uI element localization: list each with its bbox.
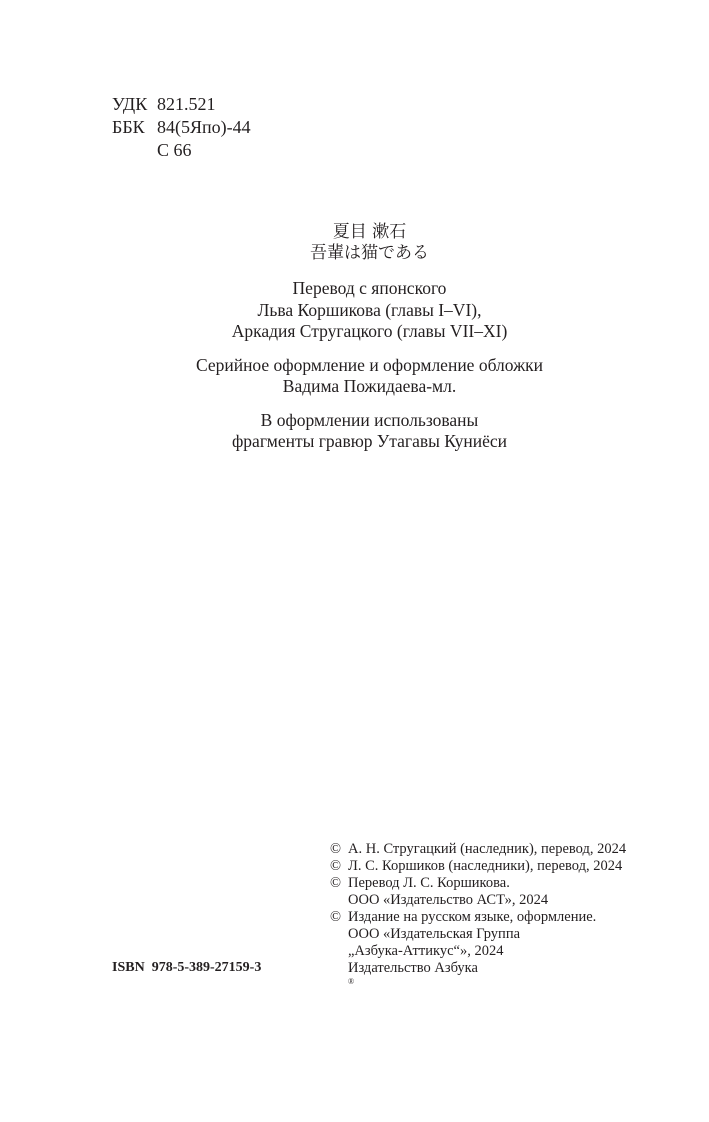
publisher-name: Издательство Азбука bbox=[348, 960, 596, 977]
copyright-line: А. Н. Стругацкий (наследник), перевод, 2… bbox=[348, 841, 626, 858]
copyright-line: ООО «Издательская Группа bbox=[348, 926, 596, 943]
original-title-block: 夏目 漱石 吾輩は猫である bbox=[0, 222, 709, 264]
isbn: ISBN 978-5-389-27159-3 bbox=[112, 959, 261, 976]
author-mark-row: С 66 bbox=[112, 139, 251, 162]
bbk-value: 84(5Япо)-44 bbox=[157, 116, 251, 139]
copyright-icon: © bbox=[330, 909, 348, 994]
credits-block: Перевод с японского Льва Коршикова (глав… bbox=[0, 278, 709, 465]
copyright-line: Перевод Л. С. Коршикова. bbox=[348, 875, 548, 892]
bbk-row: ББК 84(5Япо)-44 bbox=[112, 116, 251, 139]
catalog-codes: УДК 821.521 ББК 84(5Япо)-44 С 66 bbox=[112, 93, 251, 162]
design-line: Серийное оформление и оформление обложки bbox=[0, 355, 709, 377]
copyright-icon: © bbox=[330, 841, 348, 858]
original-title: 吾輩は猫である bbox=[0, 243, 709, 264]
illustrations-line: фрагменты гравюр Утагавы Куниёси bbox=[0, 431, 709, 453]
design-credit: Серийное оформление и оформление обложки… bbox=[0, 355, 709, 398]
copyright-icon: © bbox=[330, 858, 348, 875]
translation-line: Перевод с японского bbox=[0, 278, 709, 300]
copyright-entry: © Л. С. Коршиков (наследники), перевод, … bbox=[330, 858, 626, 875]
isbn-label: ISBN bbox=[112, 960, 145, 975]
translation-line: Аркадия Стругацкого (главы VII–XI) bbox=[0, 321, 709, 343]
bbk-label: ББК bbox=[112, 116, 157, 139]
copyright-entry: © Перевод Л. С. Коршикова. ООО «Издатель… bbox=[330, 875, 626, 909]
copyright-entry: © Издание на русском языке, оформление. … bbox=[330, 909, 626, 994]
copyright-line-publisher: Издательство Азбука® bbox=[348, 960, 596, 994]
author-mark: С 66 bbox=[157, 139, 192, 162]
design-line: Вадима Пожидаева-мл. bbox=[0, 376, 709, 398]
illustrations-line: В оформлении использованы bbox=[0, 410, 709, 432]
copyright-line: ООО «Издательство АСТ», 2024 bbox=[348, 892, 548, 909]
udk-row: УДК 821.521 bbox=[112, 93, 251, 116]
copyright-entry: © А. Н. Стругацкий (наследник), перевод,… bbox=[330, 841, 626, 858]
udk-label: УДК bbox=[112, 93, 157, 116]
translation-credit: Перевод с японского Льва Коршикова (глав… bbox=[0, 278, 709, 343]
copyright-line: „Азбука-Аттикус“», 2024 bbox=[348, 943, 596, 960]
isbn-value: 978-5-389-27159-3 bbox=[152, 960, 262, 975]
illustrations-credit: В оформлении использованы фрагменты грав… bbox=[0, 410, 709, 453]
registered-trademark-icon: ® bbox=[348, 977, 354, 986]
translation-line: Льва Коршикова (главы I–VI), bbox=[0, 300, 709, 322]
copyright-block: © А. Н. Стругацкий (наследник), перевод,… bbox=[330, 841, 626, 994]
book-imprint-page: УДК 821.521 ББК 84(5Япо)-44 С 66 夏目 漱石 吾… bbox=[0, 0, 709, 1122]
copyright-icon: © bbox=[330, 875, 348, 909]
udk-value: 821.521 bbox=[157, 93, 216, 116]
copyright-line: Издание на русском языке, оформление. bbox=[348, 909, 596, 926]
original-author: 夏目 漱石 bbox=[0, 222, 709, 243]
copyright-line: Л. С. Коршиков (наследники), перевод, 20… bbox=[348, 858, 622, 875]
